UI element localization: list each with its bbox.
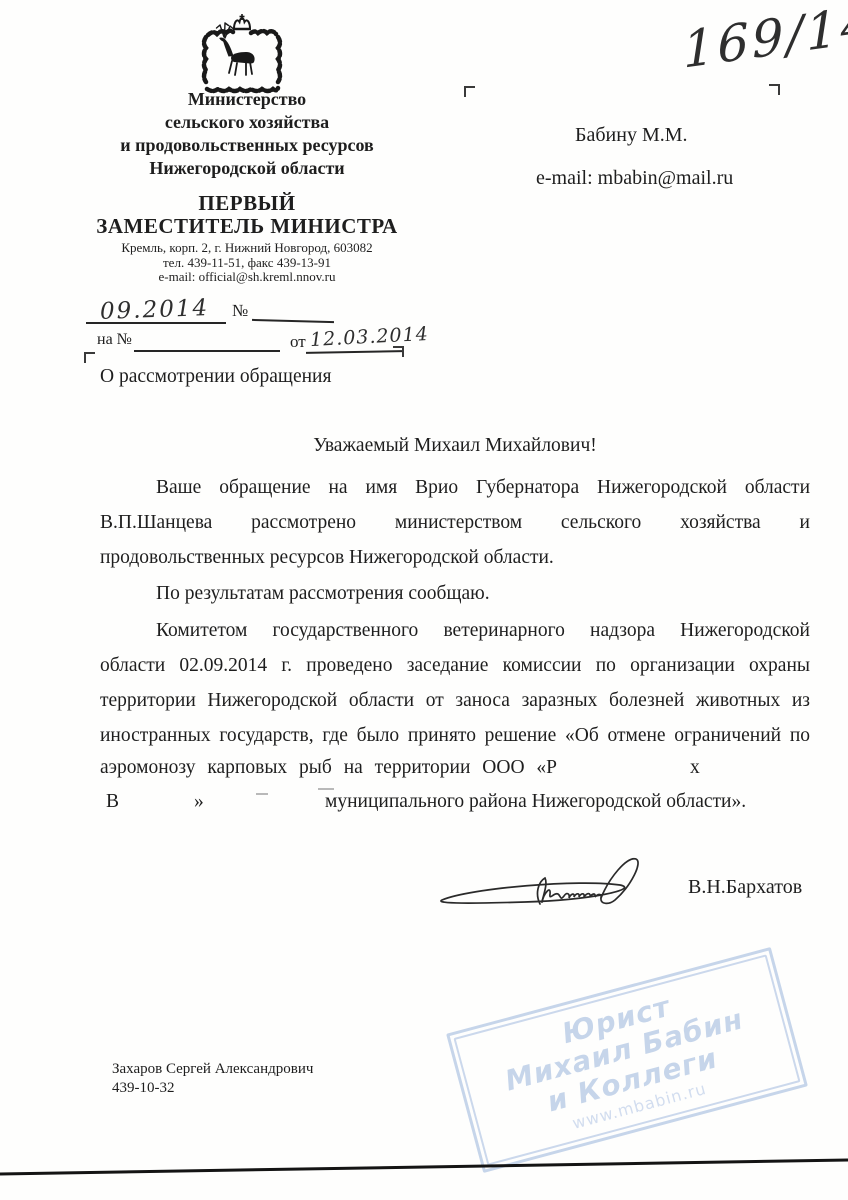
- corner-mark-icon: [464, 86, 475, 97]
- letterhead-address-block: Кремль, корп. 2, г. Нижний Новгород, 603…: [57, 241, 437, 285]
- scan-edge-line: [0, 1148, 848, 1180]
- law-firm-stamp: Юрист Михаил Бабин и Коллеги www.mbabin.…: [446, 947, 808, 1173]
- ministry-name-line: Министерство: [57, 88, 437, 111]
- ministry-name-line: Нижегородской области: [57, 157, 437, 180]
- subject-line: О рассмотрении обращения: [100, 366, 331, 388]
- recipient-email: e-mail: mbabin@mail.ru: [536, 167, 733, 190]
- erasure-mark: [318, 788, 334, 790]
- executor-phone: 439-10-32: [112, 1079, 313, 1098]
- body-line: иностранных государств, где было принято…: [100, 725, 810, 747]
- body-text-fragment: В: [106, 791, 119, 813]
- body-line-redacted: В » муниципального района Нижегородской …: [100, 791, 810, 815]
- signature-scribble: [430, 848, 710, 920]
- coat-of-arms-emblem: [195, 12, 289, 96]
- deer-emblem-icon: [195, 12, 289, 96]
- executor-block: Захаров Сергей Александрович 439-10-32: [112, 1060, 313, 1098]
- ref-underline: [306, 350, 402, 354]
- corner-mark-icon: [769, 84, 780, 95]
- address-line: Кремль, корп. 2, г. Нижний Новгород, 603…: [57, 241, 437, 256]
- from-label: от: [290, 332, 306, 352]
- on-number-label: на №: [97, 331, 132, 349]
- ministry-name-line: и продовольственных ресурсов: [57, 134, 437, 157]
- position-title-block: ПЕРВЫЙ ЗАМЕСТИТЕЛЬ МИНИСТРА: [57, 192, 437, 238]
- body-text-fragment: аэромонозу карповых рыб на территории ОО…: [100, 757, 557, 778]
- salutation: Уважаемый Михаил Михайлович!: [100, 435, 810, 457]
- body-line: По результатам рассмотрения сообщаю.: [100, 583, 810, 605]
- handwritten-doc-number: 169/14: [682, 0, 848, 80]
- ref-underline: [86, 322, 226, 324]
- body-text-fragment: х: [690, 757, 700, 779]
- body-text-fragment: муниципального района Нижегородской обла…: [325, 791, 746, 813]
- stamp-inner-border: Юрист Михаил Бабин и Коллеги www.mbabin.…: [453, 954, 800, 1165]
- signature-icon: [430, 848, 710, 920]
- ministry-name-line: сельского хозяйства: [57, 111, 437, 134]
- position-title-line: ПЕРВЫЙ: [57, 192, 437, 215]
- address-line: тел. 439-11-51, факс 439-13-91: [57, 256, 437, 271]
- body-line: Ваше обращение на имя Врио Губернатора Н…: [100, 477, 810, 499]
- scanned-letter-page: Министерство сельского хозяйства и продо…: [0, 0, 848, 1200]
- ref-underline: [134, 350, 280, 352]
- handwritten-incoming-date: 12.03.2014: [310, 323, 430, 351]
- corner-mark-icon: [84, 352, 95, 363]
- body-line: Комитетом государственного ветеринарного…: [100, 620, 810, 642]
- body-text-fragment: »: [194, 791, 204, 813]
- body-line: продовольственных ресурсов Нижегородской…: [100, 547, 810, 569]
- number-sign-label: №: [232, 301, 248, 321]
- body-line: В.П.Шанцева рассмотрено министерством се…: [100, 512, 810, 534]
- executor-name: Захаров Сергей Александрович: [112, 1060, 313, 1079]
- body-line-redacted: аэромонозу карповых рыб на территории ОО…: [100, 757, 810, 779]
- ref-underline: [252, 319, 334, 323]
- body-line: территории Нижегородской области от зано…: [100, 690, 810, 712]
- erasure-mark: [256, 793, 268, 795]
- recipient-name: Бабину М.М.: [575, 124, 688, 147]
- ministry-name-block: Министерство сельского хозяйства и продо…: [57, 88, 437, 180]
- signer-name: В.Н.Бархатов: [688, 876, 802, 899]
- body-line: области 02.09.2014 г. проведено заседани…: [100, 655, 810, 677]
- position-title-line: ЗАМЕСТИТЕЛЬ МИНИСТРА: [57, 215, 437, 238]
- handwritten-outgoing-date: 09.2014: [100, 295, 210, 325]
- address-line: e-mail: official@sh.kreml.nnov.ru: [57, 270, 437, 285]
